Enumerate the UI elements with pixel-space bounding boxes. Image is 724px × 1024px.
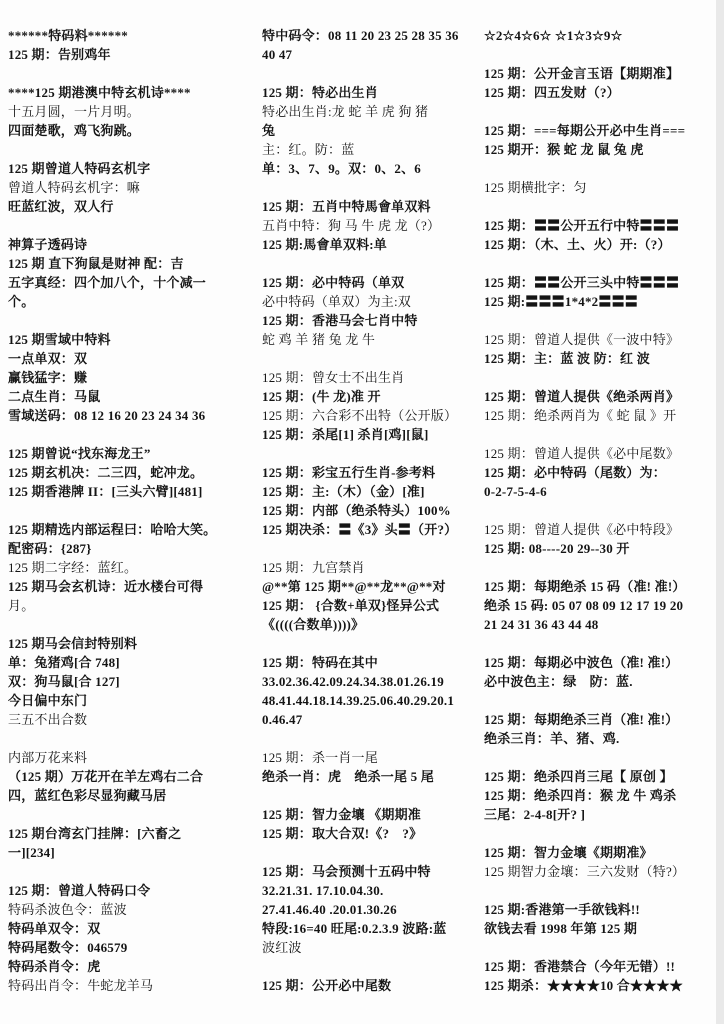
text-line: 神算子透码诗 <box>8 235 258 254</box>
text-line: 125 期：智力金壤《期期准》 <box>484 843 720 862</box>
text-line: 125 期横批字：匀 <box>484 178 720 197</box>
column-middle: 特中码令：08 11 20 23 25 28 35 3640 47125 期：特… <box>262 26 482 1014</box>
text-line: 125 期:馬會单双料:单 <box>262 235 482 254</box>
text-line: 0-2-7-5-4-6 <box>484 482 720 501</box>
text-line: 配密码：{287} <box>8 539 258 558</box>
text-line: 125 期杀：★★★★10 合★★★★ <box>484 976 720 995</box>
text-line: 125 期：主:（木）（金）[准] <box>262 482 482 501</box>
text-line: 五字真经：四个加八个，十个减一 <box>8 273 258 292</box>
text-group: 125 期精选内部运程曰：哈哈大笑。配密码：{287}125 期二字经：蓝红。1… <box>8 520 258 615</box>
text-group: 125 期：特必出生肖特必出生肖:龙 蛇 羊 虎 狗 猪兔主：红。防：蓝单：3、… <box>262 83 482 178</box>
text-line: 个。 <box>8 292 258 311</box>
text-line: 125 期二字经：蓝红。 <box>8 558 258 577</box>
text-line: 125 期：香港马会七肖中特 <box>262 311 482 330</box>
text-line: 125 期：曾道人提供《一波中特》 <box>484 330 720 349</box>
text-line: 三五不出合数 <box>8 710 258 729</box>
text-line: 125 期：曾女士不出生肖 <box>262 368 482 387</box>
text-group: 125 期：公开必中尾数 <box>262 976 482 995</box>
text-line: 40 47 <box>262 45 482 64</box>
text-line: 125 期：===每期公开必中生肖=== <box>484 121 720 140</box>
text-line: 125 期 直下狗鼠是财神 配：吉 <box>8 254 258 273</box>
text-line: 125 期：每期绝杀三肖（准! 准!） <box>484 710 720 729</box>
text-group: 内部万花来料（125 期）万花开在羊左鸡右二合四，蓝红色彩尽显狗藏马居 <box>8 748 258 805</box>
text-line: 月。 <box>8 596 258 615</box>
text-group: 125 期横批字：匀 <box>484 178 720 197</box>
text-line: 125 期：公开必中尾数 <box>262 976 482 995</box>
text-line: 125 期：曾道人提供《必中特段》 <box>484 520 720 539</box>
text-group: ****125 期港澳中特玄机诗****十五月圆，一片月明。四面楚歌，鸡飞狗跳。 <box>8 83 258 140</box>
text-line: 十五月圆，一片月明。 <box>8 102 258 121</box>
text-line: （125 期）万花开在羊左鸡右二合 <box>8 767 258 786</box>
text-line: 125 期：六合彩不出特（公开版） <box>262 406 482 425</box>
text-group: 125 期：曾道人提供《必中特段》125 期: 08----20 29--30 … <box>484 520 720 558</box>
text-group: 125 期：公开金言玉语【期期准】125 期：四五发财（?） <box>484 64 720 102</box>
text-line: 特必出生肖:龙 蛇 羊 虎 狗 猪 <box>262 102 482 121</box>
text-group: 125 期：必中特码（单双必中特码（单双）为主:双125 期：香港马会七肖中特蛇… <box>262 273 482 349</box>
text-line: ☆2☆4☆6☆ ☆1☆3☆9☆ <box>484 26 720 45</box>
text-line: 33.02.36.42.09.24.34.38.01.26.19 <box>262 672 482 691</box>
text-line: 兔 <box>262 121 482 140</box>
text-group: ☆2☆4☆6☆ ☆1☆3☆9☆ <box>484 26 720 45</box>
text-line: 125 期：五肖中特馬會单双料 <box>262 197 482 216</box>
text-line: 125 期：智力金壤 《期期准 <box>262 805 482 824</box>
text-line: 雪域送码：08 12 16 20 23 24 34 36 <box>8 406 258 425</box>
text-group: 125 期:香港第一手欲钱料!!欲钱去看 1998 年第 125 期 <box>484 900 720 938</box>
text-line: 双：狗马鼠[合 127] <box>8 672 258 691</box>
text-line: 125 期：杀一肖一尾 <box>262 748 482 767</box>
text-group: 125 期：曾道人提供《必中尾数》125 期：必中特码（尾数）为：0-2-7-5… <box>484 444 720 501</box>
text-line: 特中码令：08 11 20 23 25 28 35 36 <box>262 26 482 45</box>
text-line: 125 期：公开金言玉语【期期准】 <box>484 64 720 83</box>
text-line: 绝杀 15 码: 05 07 08 09 12 17 19 20 <box>484 596 720 615</box>
text-line: 125 期：每期必中波色（准! 准!） <box>484 653 720 672</box>
text-line: 五肖中特：狗 马 牛 虎 龙（?） <box>262 216 482 235</box>
text-group: 125 期：曾女士不出生肖125 期：(牛 龙)准 开125 期：六合彩不出特（… <box>262 368 482 444</box>
text-line: 蛇 鸡 羊 猪 兔 龙 牛 <box>262 330 482 349</box>
text-line: 125 期：取大合双!《? ?》 <box>262 824 482 843</box>
text-line: 单：兔猪鸡[合 748] <box>8 653 258 672</box>
text-line: 125 期：告别鸡年 <box>8 45 258 64</box>
text-line: 125 期：香港禁合（今年无错）!! <box>484 957 720 976</box>
text-line: 125 期雪域中特料 <box>8 330 258 349</box>
text-line: 21 24 31 36 43 44 48 <box>484 615 720 634</box>
text-group: 125 期曾说“找东海龙王”125 期玄机决：二三四，蛇冲龙。125 期香港牌 … <box>8 444 258 501</box>
text-line: 125 期台湾玄门挂牌：[六畜之 <box>8 824 258 843</box>
column-right: ☆2☆4☆6☆ ☆1☆3☆9☆125 期：公开金言玉语【期期准】125 期：四五… <box>484 26 720 1014</box>
text-line: 125 期：马会预测十五码中特 <box>262 862 482 881</box>
text-line: 0.46.47 <box>262 710 482 729</box>
text-group: 125 期：智力金壤 《期期准125 期：取大合双!《? ?》 <box>262 805 482 843</box>
text-line: 今日偏中东门 <box>8 691 258 710</box>
text-line: 四面楚歌，鸡飞狗跳。 <box>8 121 258 140</box>
text-line: 特码杀肖令：虎 <box>8 957 258 976</box>
text-line: 《((((合数单))))》 <box>262 615 482 634</box>
text-group: 125 期：曾道人特码口令特码杀波色令：蓝波特码单双令：双特码尾数令：04657… <box>8 881 258 995</box>
text-line: 125 期：九宫禁肖 <box>262 558 482 577</box>
text-group: ******特码料******125 期：告别鸡年 <box>8 26 258 64</box>
text-line: 125 期:〓〓〓1*4*2〓〓〓 <box>484 292 720 311</box>
text-group: 125 期：曾道人提供《一波中特》125 期：主：蓝 波 防：红 波 <box>484 330 720 368</box>
text-group: 125 期：杀一肖一尾绝杀一肖：虎 绝杀一尾 5 尾 <box>262 748 482 786</box>
text-line: 125 期智力金壤：三六发财（特?） <box>484 862 720 881</box>
text-group: 125 期：马会预测十五码中特32.21.31. 17.10.04.30.27.… <box>262 862 482 957</box>
text-line: 125 期: 08----20 29--30 开 <box>484 539 720 558</box>
text-line: 单：3、7、9。双：0、2、6 <box>262 159 482 178</box>
text-line: 125 期：内部（绝杀特头）100% <box>262 501 482 520</box>
text-line: 125 期：特码在其中 <box>262 653 482 672</box>
text-line: 125 期:香港第一手欲钱料!! <box>484 900 720 919</box>
text-group: 125 期：九宫禁肖@**第 125 期**@**龙**@**对125 期： {… <box>262 558 482 634</box>
text-line: 48.41.44.18.14.39.25.06.40.29.20.1 <box>262 691 482 710</box>
text-line: ******特码料****** <box>8 26 258 45</box>
text-group: 125 期：每期绝杀三肖（准! 准!）绝杀三肖：羊、猪、鸡. <box>484 710 720 748</box>
text-line: ****125 期港澳中特玄机诗**** <box>8 83 258 102</box>
text-line: @**第 125 期**@**龙**@**对 <box>262 577 482 596</box>
text-group: 125 期：曾道人提供《绝杀两肖》125 期：绝杀两肖为《 蛇 鼠 》开 <box>484 387 720 425</box>
page-edge-shadow <box>716 0 724 1024</box>
text-group: 125 期雪域中特料一点单双：双赢钱猛字：赚二点生肖：马鼠雪域送码：08 12 … <box>8 330 258 425</box>
text-line: 必中特码（单双）为主:双 <box>262 292 482 311</box>
text-group: 125 期：〓〓公开三头中特〓〓〓125 期:〓〓〓1*4*2〓〓〓 <box>484 273 720 311</box>
text-line: 特码出肖令：牛蛇龙羊马 <box>8 976 258 995</box>
text-line: 125 期决杀：〓《3》头〓（开?） <box>262 520 482 539</box>
text-line: 内部万花来料 <box>8 748 258 767</box>
text-line: 125 期：必中特码（单双 <box>262 273 482 292</box>
text-group: 125 期：特码在其中33.02.36.42.09.24.34.38.01.26… <box>262 653 482 729</box>
text-line: 特码单双令：双 <box>8 919 258 938</box>
text-line: 125 期：〓〓公开五行中特〓〓〓 <box>484 216 720 235</box>
text-line: 旺蓝红波，双人行 <box>8 197 258 216</box>
text-line: 125 期：杀尾[1] 杀肖[鸡][鼠] <box>262 425 482 444</box>
text-line: 125 期：曾道人提供《绝杀两肖》 <box>484 387 720 406</box>
text-line: 125 期：曾道人特码口令 <box>8 881 258 900</box>
text-group: 125 期：五肖中特馬會单双料五肖中特：狗 马 牛 虎 龙（?）125 期:馬會… <box>262 197 482 254</box>
text-line: 125 期：（木、土、火）开:（?） <box>484 235 720 254</box>
column-left: ******特码料******125 期：告别鸡年****125 期港澳中特玄机… <box>8 26 258 1014</box>
text-line: 125 期：绝杀四肖三尾【 原创 】 <box>484 767 720 786</box>
text-line: 三尾：2-4-8[开? ] <box>484 805 720 824</box>
text-line: 125 期香港牌 II：[三头六臂][481] <box>8 482 258 501</box>
text-line: 波红波 <box>262 938 482 957</box>
text-line: 125 期：(牛 龙)准 开 <box>262 387 482 406</box>
text-line: 欲钱去看 1998 年第 125 期 <box>484 919 720 938</box>
text-group: 125 期：每期必中波色（准! 准!）必中波色主：绿 防：蓝. <box>484 653 720 691</box>
text-group: 125 期：绝杀四肖三尾【 原创 】125 期：绝杀四肖：猴 龙 牛 鸡杀三尾：… <box>484 767 720 824</box>
text-line: 125 期：特必出生肖 <box>262 83 482 102</box>
text-group: 125 期台湾玄门挂牌：[六畜之一][234] <box>8 824 258 862</box>
text-line: 125 期马会信封特别料 <box>8 634 258 653</box>
text-group: 神算子透码诗125 期 直下狗鼠是财神 配：吉五字真经：四个加八个，十个减一个。 <box>8 235 258 311</box>
text-line: 主：红。防：蓝 <box>262 140 482 159</box>
text-line: 125 期精选内部运程曰：哈哈大笑。 <box>8 520 258 539</box>
text-group: 125 期：香港禁合（今年无错）!!125 期杀：★★★★10 合★★★★ <box>484 957 720 995</box>
scanned-lottery-tip-sheet: ******特码料******125 期：告别鸡年****125 期港澳中特玄机… <box>0 0 716 1024</box>
text-line: 125 期曾道人特码玄机字 <box>8 159 258 178</box>
text-line: 四，蓝红色彩尽显狗藏马居 <box>8 786 258 805</box>
text-line: 32.21.31. 17.10.04.30. <box>262 881 482 900</box>
text-line: 125 期开：猴 蛇 龙 鼠 兔 虎 <box>484 140 720 159</box>
text-group: 125 期：彩宝五行生肖-参考料125 期：主:（木）（金）[准]125 期：内… <box>262 463 482 539</box>
text-line: 特码杀波色令：蓝波 <box>8 900 258 919</box>
text-line: 125 期：曾道人提供《必中尾数》 <box>484 444 720 463</box>
text-line: 125 期：〓〓公开三头中特〓〓〓 <box>484 273 720 292</box>
text-group: 125 期：智力金壤《期期准》125 期智力金壤：三六发财（特?） <box>484 843 720 881</box>
text-line: 特码尾数令：046579 <box>8 938 258 957</box>
text-line: 125 期玄机决：二三四，蛇冲龙。 <box>8 463 258 482</box>
text-line: 赢钱猛字：赚 <box>8 368 258 387</box>
text-line: 125 期曾说“找东海龙王” <box>8 444 258 463</box>
text-group: 125 期马会信封特别料单：兔猪鸡[合 748]双：狗马鼠[合 127]今日偏中… <box>8 634 258 729</box>
text-line: 125 期：四五发财（?） <box>484 83 720 102</box>
text-line: 125 期：必中特码（尾数）为： <box>484 463 720 482</box>
text-line: 二点生肖：马鼠 <box>8 387 258 406</box>
text-line: 125 期：主：蓝 波 防：红 波 <box>484 349 720 368</box>
text-group: 125 期：===每期公开必中生肖===125 期开：猴 蛇 龙 鼠 兔 虎 <box>484 121 720 159</box>
text-line: 曾道人特码玄机字：嘛 <box>8 178 258 197</box>
text-line: 125 期：绝杀两肖为《 蛇 鼠 》开 <box>484 406 720 425</box>
text-line: 绝杀三肖：羊、猪、鸡. <box>484 729 720 748</box>
text-line: 125 期：每期绝杀 15 码（准! 准!） <box>484 577 720 596</box>
text-group: 125 期：〓〓公开五行中特〓〓〓125 期：（木、土、火）开:（?） <box>484 216 720 254</box>
text-group: 125 期曾道人特码玄机字曾道人特码玄机字：嘛旺蓝红波，双人行 <box>8 159 258 216</box>
text-group: 125 期：每期绝杀 15 码（准! 准!）绝杀 15 码: 05 07 08 … <box>484 577 720 634</box>
text-group: 特中码令：08 11 20 23 25 28 35 3640 47 <box>262 26 482 64</box>
text-line: 125 期：彩宝五行生肖-参考料 <box>262 463 482 482</box>
text-line: 125 期马会玄机诗：近水楼台可得 <box>8 577 258 596</box>
text-line: 必中波色主：绿 防：蓝. <box>484 672 720 691</box>
text-line: 125 期：绝杀四肖：猴 龙 牛 鸡杀 <box>484 786 720 805</box>
text-line: 125 期： {合数+单双}怪异公式 <box>262 596 482 615</box>
text-line: 27.41.46.40 .20.01.30.26 <box>262 900 482 919</box>
text-line: 特段:16=40 旺尾:0.2.3.9 波路:蓝 <box>262 919 482 938</box>
text-line: 一][234] <box>8 843 258 862</box>
text-line: 绝杀一肖：虎 绝杀一尾 5 尾 <box>262 767 482 786</box>
text-line: 一点单双：双 <box>8 349 258 368</box>
